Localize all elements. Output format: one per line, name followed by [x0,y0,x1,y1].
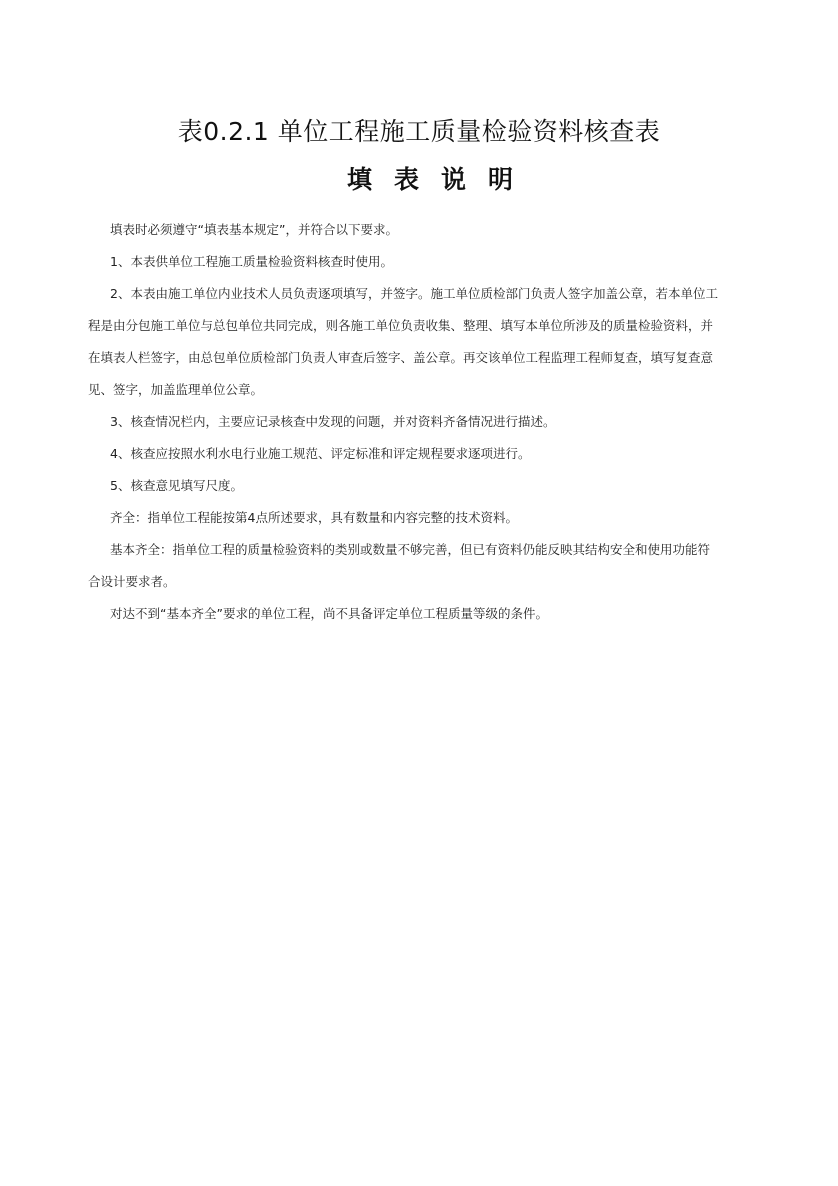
basically-complete-definition-paragraph: 基本齐全：指单位工程的质量检验资料的类别或数量不够完善，但已有资料仍能反映其结构… [88,534,718,598]
rule-3-paragraph: 3、核查情况栏内，主要应记录核查中发现的问题，并对资料齐备情况进行描述。 [88,406,718,438]
document-subtitle: 填表说明 [0,160,838,196]
complete-definition-paragraph: 齐全：指单位工程能按第4点所述要求，具有数量和内容完整的技术资料。 [88,502,718,534]
instructions-body: 填表时必须遵守“填表基本规定”，并符合以下要求。 1、本表供单位工程施工质量检验… [88,214,718,630]
rule-1-paragraph: 1、本表供单位工程施工质量检验资料核查时使用。 [88,246,718,278]
intro-paragraph: 填表时必须遵守“填表基本规定”，并符合以下要求。 [88,214,718,246]
rule-4-paragraph: 4、核查应按照水利水电行业施工规范、评定标准和评定规程要求逐项进行。 [88,438,718,470]
document-title: 表0.2.1 单位工程施工质量检验资料核查表 [0,112,838,148]
rule-5-paragraph: 5、核查意见填写尺度。 [88,470,718,502]
document-page: 表0.2.1 单位工程施工质量检验资料核查表 填表说明 填表时必须遵守“填表基本… [0,0,838,1186]
rule-2-paragraph: 2、本表由施工单位内业技术人员负责逐项填写，并签字。施工单位质检部门负责人签字加… [88,278,718,406]
incomplete-note-paragraph: 对达不到“基本齐全”要求的单位工程，尚不具备评定单位工程质量等级的条件。 [88,598,718,630]
